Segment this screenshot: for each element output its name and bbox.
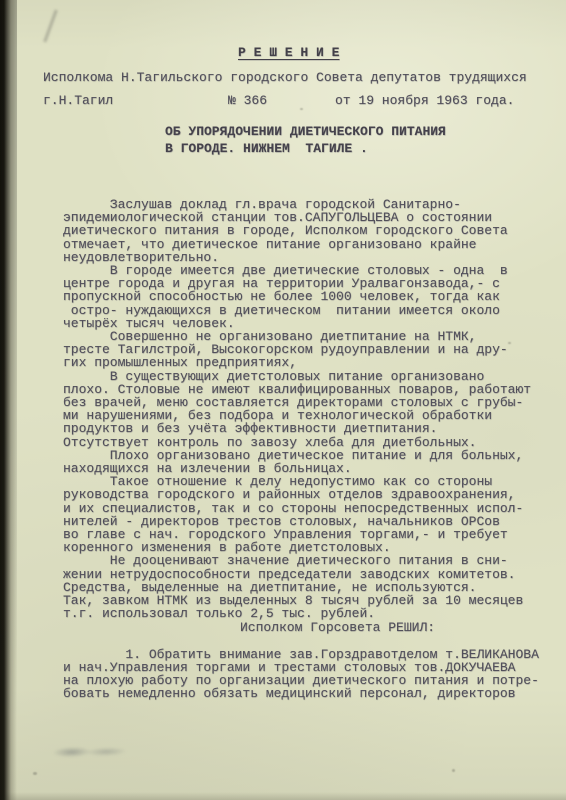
meta-number: № 366: [228, 93, 267, 108]
meta-row: г.Н.Тагил № 366 от 19 ноября 1963 года.: [43, 93, 566, 107]
scan-speck: [300, 108, 303, 110]
paragraph-enterprises: Совершенно не организовано диетпитание н…: [63, 330, 562, 370]
scan-speck: [452, 769, 455, 772]
issuing-body-line: Исполкома Н.Тагильского городского Совет…: [43, 70, 566, 85]
paragraph-preamble: Заслушав доклад гл.врача городской Санит…: [63, 198, 562, 264]
scanned-document-page: Р Е Ш Е Н И Е Исполкома Н.Тагильского го…: [0, 0, 566, 800]
document-body: Заслушав доклад гл.врача городской Санит…: [63, 198, 562, 701]
meta-date: от 19 ноября 1963 года.: [335, 93, 514, 108]
faint-stamp-smudge: [50, 742, 129, 762]
scan-bottom-shadow: [0, 792, 566, 800]
document-heading: Р Е Ш Е Н И Е: [238, 45, 339, 60]
resolution-heading: Исполком Горсовета РЕШИЛ:: [240, 621, 562, 634]
paragraph-canteens: В городе имеется две диетические столовы…: [63, 264, 562, 330]
scan-speck: [508, 342, 511, 344]
scan-left-edge: [0, 0, 17, 800]
meta-place: г.Н.Тагил: [43, 93, 113, 108]
resolution-item-1: 1. Обратить внимание зав.Горздравотделом…: [63, 648, 562, 701]
scan-speck: [33, 772, 37, 775]
paragraph-organization: В существующих диетстоловых питание орга…: [63, 370, 562, 449]
paragraph-responsibility: Такое отношение к делу недопустимо как с…: [63, 475, 562, 554]
document-title: ОБ УПОРЯДОЧЕНИИ ДИЕТИЧЕСКОГО ПИТАНИЯ В Г…: [165, 124, 566, 157]
paragraph-funds: Не дооценивают значение диетического пит…: [63, 554, 562, 620]
paragraph-hospitals: Плохо организовано диетическое питание и…: [63, 449, 562, 475]
